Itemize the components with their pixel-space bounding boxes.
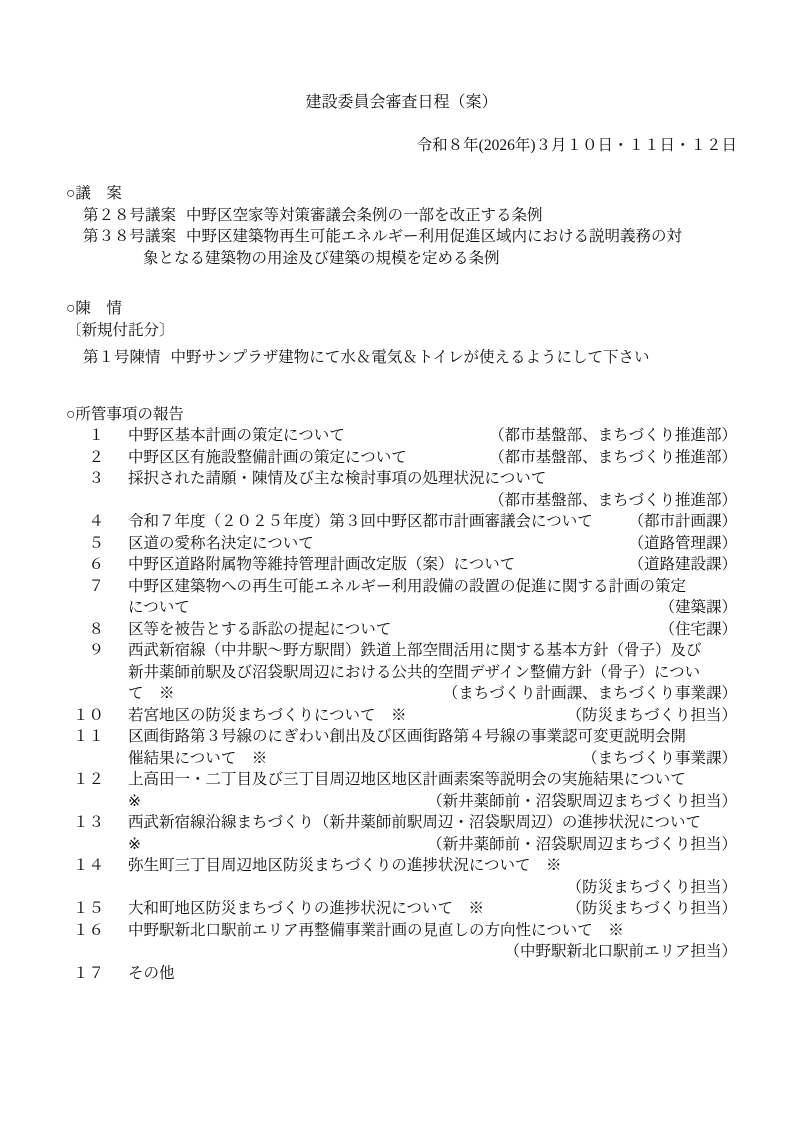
proposal-item-text: 中野区建築物再生可能エネルギー利用促進区域内における説明義務の対	[186, 226, 737, 248]
report-item-number: ７	[66, 576, 104, 598]
petition-list: 第１号陳情中野サンプラザ建物にて水＆電気＆トイレが使えるようにして下さい	[66, 347, 737, 369]
petition-item: 第１号陳情中野サンプラザ建物にて水＆電気＆トイレが使えるようにして下さい	[83, 347, 737, 369]
proposal-item: 第３８号議案中野区建築物再生可能エネルギー利用促進区域内における説明義務の対象と…	[83, 226, 737, 269]
report-item-line: 弥生町三丁目周辺地区防災まちづくりの進捗状況について ※	[128, 855, 737, 877]
petition-item-number: 第１号陳情	[83, 347, 171, 369]
report-item-title: 新井薬師前駅及び沼袋駅周辺における公共的空間デザイン整備方針（骨子）につい	[128, 662, 700, 684]
report-item-number: １３	[66, 812, 104, 834]
report-item-department: （防災まちづくり担当）	[567, 705, 737, 727]
report-item-line: 区等を被告とする訴訟の提起について（住宅課）	[128, 619, 737, 641]
report-item: １１区画街路第３号線のにぎわい創出及び区画街路第４号線の事業認可変更説明会開催結…	[66, 726, 737, 769]
report-item: １６中野駅新北口駅前エリア再整備事業計画の見直しの方向性について ※（中野駅新北…	[66, 920, 737, 963]
report-item-line: 新井薬師前駅及び沼袋駅周辺における公共的空間デザイン整備方針（骨子）につい	[128, 662, 737, 684]
report-item-number: ８	[66, 619, 104, 641]
report-item-department: （住宅課）	[659, 619, 737, 641]
report-item-lines: 令和７年度（２０２５年度）第３回中野区都市計画審議会について（都市計画課）	[128, 511, 737, 533]
report-item-title: 中野区建築物への再生可能エネルギー利用設備の設置の促進に関する計画の策定	[128, 576, 686, 598]
report-item-lines: 弥生町三丁目周辺地区防災まちづくりの進捗状況について ※（防災まちづくり担当）	[128, 855, 737, 898]
report-item-title: 区等を被告とする訴訟の提起について	[128, 619, 391, 641]
report-item-number: ６	[66, 554, 104, 576]
report-item-line: 区画街路第３号線のにぎわい創出及び区画街路第４号線の事業認可変更説明会開	[128, 726, 737, 748]
report-item-title: 西武新宿線（中井駅～野方駅間）鉄道上部空間活用に関する基本方針（骨子）及び	[128, 640, 702, 662]
report-item-title: ※	[128, 791, 141, 813]
petition-category-note: 〔新規付託分〕	[66, 320, 737, 342]
report-item-lines: 西武新宿線沿線まちづくり（新井薬師前駅周辺・沼袋駅周辺）の進捗状況について※（新…	[128, 812, 737, 855]
report-item-line: について（建築課）	[128, 597, 737, 619]
report-item-line: 中野駅新北口駅前エリア再整備事業計画の見直しの方向性について ※	[128, 920, 737, 942]
report-item-lines: 中野区建築物への再生可能エネルギー利用設備の設置の促進に関する計画の策定について…	[128, 576, 737, 619]
report-item-line: 催結果について ※（まちづくり事業課）	[128, 748, 737, 770]
report-item: ３採択された請願・陳情及び主な検討事項の処理状況について（都市基盤部、まちづくり…	[66, 468, 737, 511]
report-item-line: 大和町地区防災まちづくりの進捗状況について ※（防災まちづくり担当）	[128, 898, 737, 920]
report-item-department: （道路管理課）	[628, 533, 737, 555]
report-item: １７その他	[66, 963, 737, 985]
report-item-number: １１	[66, 726, 104, 748]
report-item-title: その他	[128, 963, 175, 985]
report-item-line: （防災まちづくり担当）	[128, 877, 737, 899]
petition-item-lines: 中野サンプラザ建物にて水＆電気＆トイレが使えるようにして下さい	[171, 347, 737, 369]
report-item-lines: 大和町地区防災まちづくりの進捗状況について ※（防災まちづくり担当）	[128, 898, 737, 920]
report-item-title: について	[128, 597, 190, 619]
report-item-line: ※（新井薬師前・沼袋駅周辺まちづくり担当）	[128, 834, 737, 856]
report-item-title: 中野区基本計画の策定について	[128, 425, 345, 447]
report-item-department: （新井薬師前・沼袋駅周辺まちづくり担当）	[427, 791, 737, 813]
report-item-department: （都市計画課）	[628, 511, 737, 533]
report-item-number: ２	[66, 447, 104, 469]
report-item-department: （まちづくり事業課）	[582, 748, 737, 770]
report-item-lines: 上高田一・二丁目及び三丁目周辺地区地区計画素案等説明会の実施結果について※（新井…	[128, 769, 737, 812]
report-item-line: 中野区建築物への再生可能エネルギー利用設備の設置の促進に関する計画の策定	[128, 576, 737, 598]
report-item-title: 西武新宿線沿線まちづくり（新井薬師前駅周辺・沼袋駅周辺）の進捗状況について	[128, 812, 701, 834]
report-item-lines: 中野区道路附属物等維持管理計画改定版（案）について（道路建設課）	[128, 554, 737, 576]
report-item-number: １	[66, 425, 104, 447]
report-item-lines: 区道の愛称名決定について（道路管理課）	[128, 533, 737, 555]
report-item-lines: 中野区区有施設整備計画の策定について（都市基盤部、まちづくり推進部）	[128, 447, 737, 469]
report-item-title: 区画街路第３号線のにぎわい創出及び区画街路第４号線の事業認可変更説明会開	[128, 726, 686, 748]
report-item-department: （都市基盤部、まちづくり推進部）	[489, 490, 737, 512]
proposal-item-text: 象となる建築物の用途及び建築の規模を定める条例	[143, 248, 737, 270]
report-item: ４令和７年度（２０２５年度）第３回中野区都市計画審議会について（都市計画課）	[66, 511, 737, 533]
report-item-title: 弥生町三丁目周辺地区防災まちづくりの進捗状況について ※	[128, 855, 562, 877]
report-item-lines: 中野駅新北口駅前エリア再整備事業計画の見直しの方向性について ※（中野駅新北口駅…	[128, 920, 737, 963]
report-item: ８区等を被告とする訴訟の提起について（住宅課）	[66, 619, 737, 641]
proposal-item-lines: 中野区空家等対策審議会条例の一部を改正する条例	[186, 205, 737, 227]
report-item-line: ※（新井薬師前・沼袋駅周辺まちづくり担当）	[128, 791, 737, 813]
report-item-department: （まちづくり計画課、まちづくり事業課）	[443, 683, 737, 705]
document-page: 建設委員会審査日程（案） 令和８年(2026年)３月１０日・１１日・１２日 ○議…	[0, 0, 794, 1123]
report-item-number: １５	[66, 898, 104, 920]
report-item-lines: 若宮地区の防災まちづくりについて ※（防災まちづくり担当）	[128, 705, 737, 727]
report-item-line: 上高田一・二丁目及び三丁目周辺地区地区計画素案等説明会の実施結果について	[128, 769, 737, 791]
report-item-title: ※	[128, 834, 141, 856]
report-item-lines: 中野区基本計画の策定について（都市基盤部、まちづくり推進部）	[128, 425, 737, 447]
report-item-lines: その他	[128, 963, 737, 985]
report-item-lines: 区等を被告とする訴訟の提起について（住宅課）	[128, 619, 737, 641]
report-item-number: １６	[66, 920, 104, 942]
document-title: 建設委員会審査日程（案）	[66, 92, 737, 114]
report-item-number: １２	[66, 769, 104, 791]
proposal-item-lines: 中野区建築物再生可能エネルギー利用促進区域内における説明義務の対象となる建築物の…	[186, 226, 737, 269]
report-item-line: 若宮地区の防災まちづくりについて ※（防災まちづくり担当）	[128, 705, 737, 727]
report-item-title: 区道の愛称名決定について	[128, 533, 314, 555]
report-item: １２上高田一・二丁目及び三丁目周辺地区地区計画素案等説明会の実施結果について※（…	[66, 769, 737, 812]
report-item-number: ３	[66, 468, 104, 490]
report-item-line: て ※（まちづくり計画課、まちづくり事業課）	[128, 683, 737, 705]
report-item: ７中野区建築物への再生可能エネルギー利用設備の設置の促進に関する計画の策定につい…	[66, 576, 737, 619]
report-item: １５大和町地区防災まちづくりの進捗状況について ※（防災まちづくり担当）	[66, 898, 737, 920]
report-item-title: 大和町地区防災まちづくりの進捗状況について ※	[128, 898, 484, 920]
report-item-line: 採択された請願・陳情及び主な検討事項の処理状況について	[128, 468, 737, 490]
section-proposals-heading: ○議 案	[66, 183, 737, 205]
report-item-department: （建築課）	[659, 597, 737, 619]
report-item: １３西武新宿線沿線まちづくり（新井薬師前駅周辺・沼袋駅周辺）の進捗状況について※…	[66, 812, 737, 855]
report-item-title: 令和７年度（２０２５年度）第３回中野区都市計画審議会について	[128, 511, 593, 533]
report-item: ６中野区道路附属物等維持管理計画改定版（案）について（道路建設課）	[66, 554, 737, 576]
report-item-number: ４	[66, 511, 104, 533]
report-item-lines: 採択された請願・陳情及び主な検討事項の処理状況について（都市基盤部、まちづくり推…	[128, 468, 737, 511]
report-item: ９西武新宿線（中井駅～野方駅間）鉄道上部空間活用に関する基本方針（骨子）及び新井…	[66, 640, 737, 705]
report-item-line: 西武新宿線（中井駅～野方駅間）鉄道上部空間活用に関する基本方針（骨子）及び	[128, 640, 737, 662]
report-item-line: 西武新宿線沿線まちづくり（新井薬師前駅周辺・沼袋駅周辺）の進捗状況について	[128, 812, 737, 834]
report-item: ２中野区区有施設整備計画の策定について（都市基盤部、まちづくり推進部）	[66, 447, 737, 469]
report-item-title: 若宮地区の防災まちづくりについて ※	[128, 705, 407, 727]
document-date: 令和８年(2026年)３月１０日・１１日・１２日	[66, 135, 737, 157]
report-item-title: 中野区道路附属物等維持管理計画改定版（案）について	[128, 554, 515, 576]
report-item: ５区道の愛称名決定について（道路管理課）	[66, 533, 737, 555]
petition-item-text: 中野サンプラザ建物にて水＆電気＆トイレが使えるようにして下さい	[171, 347, 737, 369]
report-item-line: 区道の愛称名決定について（道路管理課）	[128, 533, 737, 555]
report-item-department: （中野駅新北口駅前エリア担当）	[504, 941, 737, 963]
report-item-line: （都市基盤部、まちづくり推進部）	[128, 490, 737, 512]
report-item-title: 催結果について ※	[128, 748, 267, 770]
report-item-line: 中野区区有施設整備計画の策定について（都市基盤部、まちづくり推進部）	[128, 447, 737, 469]
report-item-line: 令和７年度（２０２５年度）第３回中野区都市計画審議会について（都市計画課）	[128, 511, 737, 533]
report-item-department: （新井薬師前・沼袋駅周辺まちづくり担当）	[427, 834, 737, 856]
report-item-department: （都市基盤部、まちづくり推進部）	[489, 425, 737, 447]
report-item-lines: 区画街路第３号線のにぎわい創出及び区画街路第４号線の事業認可変更説明会開催結果に…	[128, 726, 737, 769]
report-item-department: （都市基盤部、まちづくり推進部）	[489, 447, 737, 469]
proposal-list: 第２８号議案中野区空家等対策審議会条例の一部を改正する条例第３８号議案中野区建築…	[66, 205, 737, 270]
report-item-line: 中野区道路附属物等維持管理計画改定版（案）について（道路建設課）	[128, 554, 737, 576]
report-item: １４弥生町三丁目周辺地区防災まちづくりの進捗状況について ※（防災まちづくり担当…	[66, 855, 737, 898]
report-item-department: （防災まちづくり担当）	[567, 898, 737, 920]
report-item-department: （道路建設課）	[628, 554, 737, 576]
proposal-item-number: 第３８号議案	[83, 226, 186, 248]
report-item-number: １７	[66, 963, 104, 985]
section-petitions-heading: ○陳 情	[66, 298, 737, 320]
report-item: １０若宮地区の防災まちづくりについて ※（防災まちづくり担当）	[66, 705, 737, 727]
report-item-lines: 西武新宿線（中井駅～野方駅間）鉄道上部空間活用に関する基本方針（骨子）及び新井薬…	[128, 640, 737, 705]
proposal-item-number: 第２８号議案	[83, 205, 186, 227]
report-item: １中野区基本計画の策定について（都市基盤部、まちづくり推進部）	[66, 425, 737, 447]
report-item-line: （中野駅新北口駅前エリア担当）	[128, 941, 737, 963]
section-reports-heading: ○所管事項の報告	[66, 404, 737, 426]
report-item-title: 中野区区有施設整備計画の策定について	[128, 447, 407, 469]
proposal-item: 第２８号議案中野区空家等対策審議会条例の一部を改正する条例	[83, 205, 737, 227]
report-item-title: 中野駅新北口駅前エリア再整備事業計画の見直しの方向性について ※	[128, 920, 624, 942]
section-proposals: ○議 案 第２８号議案中野区空家等対策審議会条例の一部を改正する条例第３８号議案…	[66, 183, 737, 269]
report-item-line: その他	[128, 963, 737, 985]
proposal-item-text: 中野区空家等対策審議会条例の一部を改正する条例	[186, 205, 737, 227]
report-item-number: ５	[66, 533, 104, 555]
report-item-number: ９	[66, 640, 104, 662]
report-item-title: 採択された請願・陳情及び主な検討事項の処理状況について	[128, 468, 546, 490]
report-list: １中野区基本計画の策定について（都市基盤部、まちづくり推進部）２中野区区有施設整…	[66, 425, 737, 984]
report-item-number: １０	[66, 705, 104, 727]
report-item-title: 上高田一・二丁目及び三丁目周辺地区地区計画素案等説明会の実施結果について	[128, 769, 686, 791]
report-item-department: （防災まちづくり担当）	[567, 877, 737, 899]
section-reports: ○所管事項の報告 １中野区基本計画の策定について（都市基盤部、まちづくり推進部）…	[66, 404, 737, 985]
report-item-number: １４	[66, 855, 104, 877]
section-petitions: ○陳 情 〔新規付託分〕 第１号陳情中野サンプラザ建物にて水＆電気＆トイレが使え…	[66, 298, 737, 369]
report-item-line: 中野区基本計画の策定について（都市基盤部、まちづくり推進部）	[128, 425, 737, 447]
report-item-title: て ※	[128, 683, 175, 705]
